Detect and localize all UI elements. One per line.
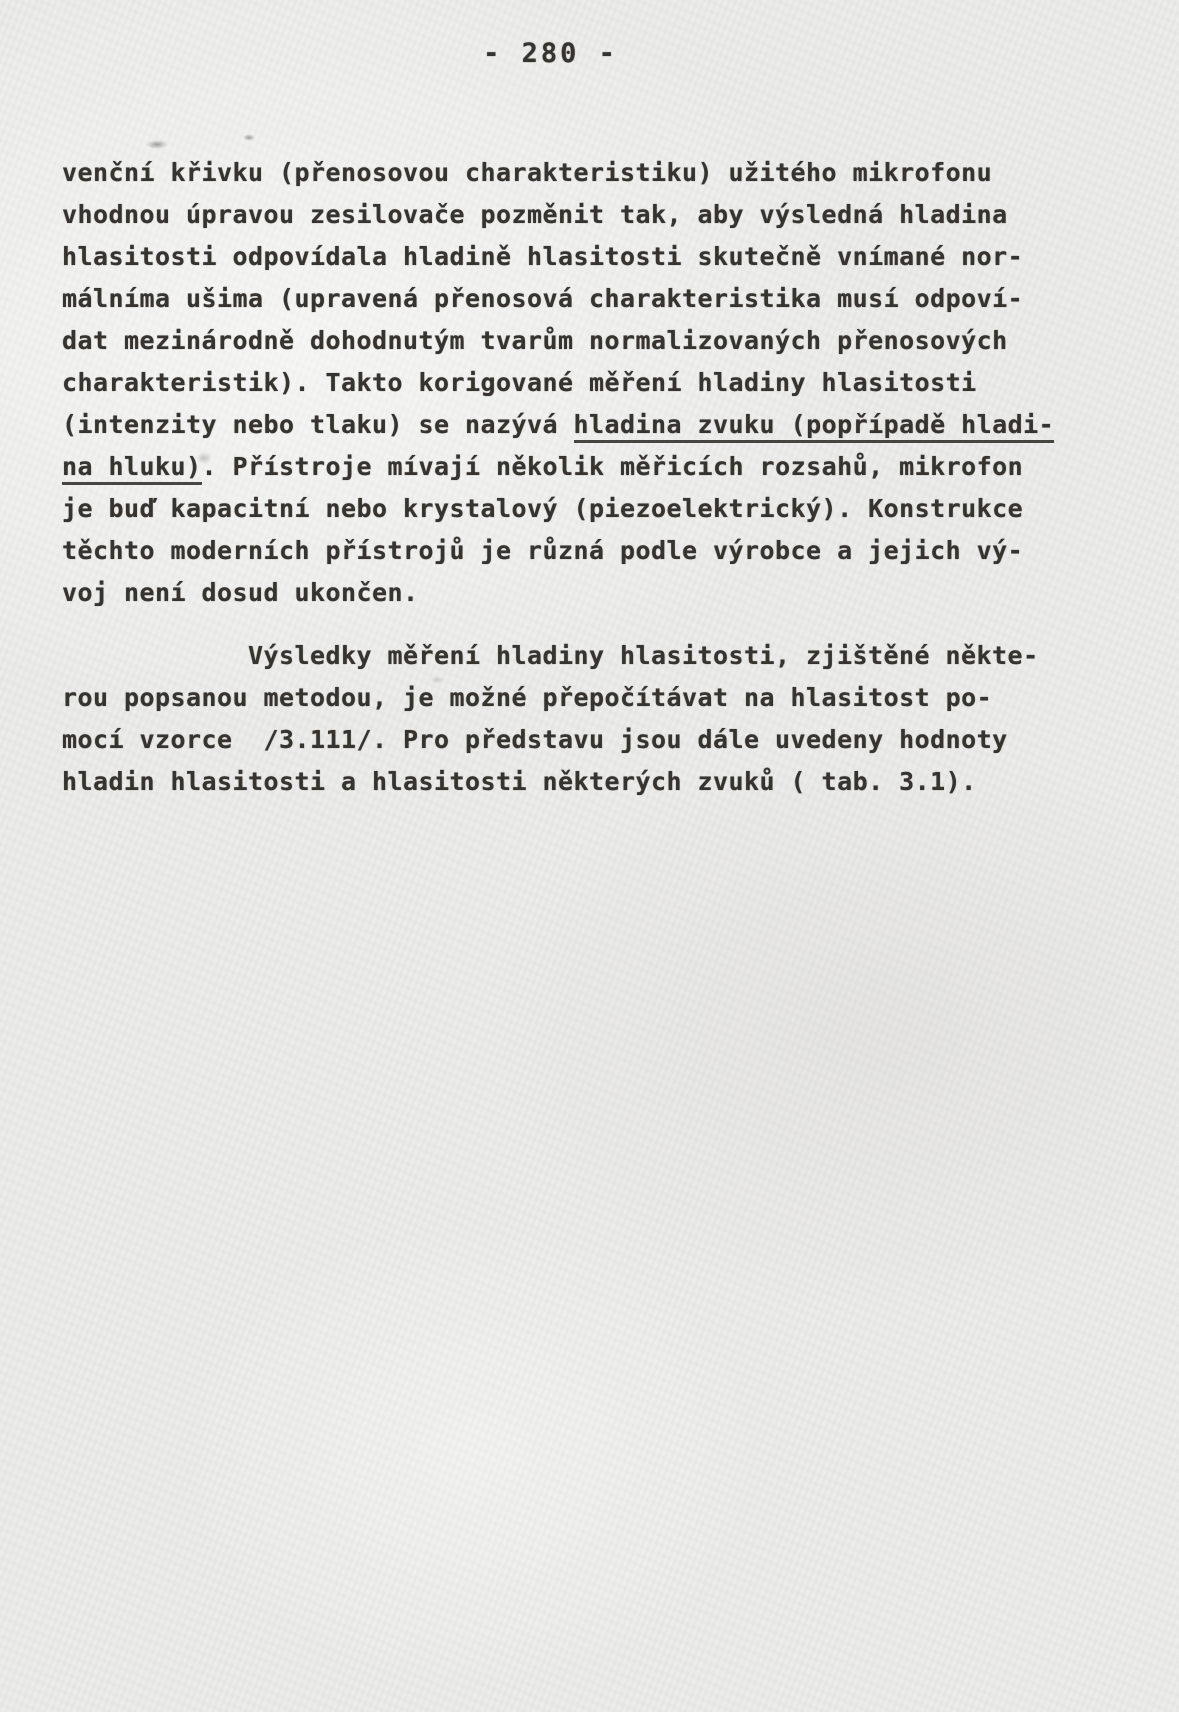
page-number: - 280 -: [0, 38, 1140, 69]
text-line: hlasitosti odpovídala hladině hlasitosti…: [62, 236, 1052, 278]
typewritten-text-block: venční křivku (přenosovou charakteristik…: [62, 152, 1052, 803]
text-line: voj není dosud ukončen.: [62, 572, 1052, 614]
text-segment: dat mezinárodně dohodnutým tvarům normal…: [62, 326, 1008, 355]
text-segment: hladin hlasitosti a hlasitosti některých…: [62, 767, 977, 796]
text-line: dat mezinárodně dohodnutým tvarům normal…: [62, 320, 1052, 362]
text-segment: charakteristik). Takto korigované měření…: [62, 368, 977, 397]
paper-speck: [430, 676, 444, 684]
text-line: těchto moderních přístrojů je různá podl…: [62, 530, 1052, 572]
text-segment: Výsledky měření hladiny hlasitosti, zjiš…: [248, 641, 1039, 670]
text-line: Výsledky měření hladiny hlasitosti, zjiš…: [62, 635, 1052, 677]
text-line: málníma ušima (upravená přenosová charak…: [62, 278, 1052, 320]
underlined-term: na hluku): [62, 452, 202, 485]
text-segment: je buď kapacitní nebo krystalový (piezoe…: [62, 494, 1023, 523]
text-line: mocí vzorce /3.111/. Pro představu jsou …: [62, 719, 1052, 761]
paper-speck: [146, 140, 168, 149]
text-line: venční křivku (přenosovou charakteristik…: [62, 152, 1052, 194]
text-segment: venční křivku (přenosovou charakteristik…: [62, 158, 992, 187]
paragraph: venční křivku (přenosovou charakteristik…: [62, 152, 1052, 614]
text-segment: vhodnou úpravou zesilovače pozměnit tak,…: [62, 200, 1008, 229]
text-segment: hlasitosti odpovídala hladině hlasitosti…: [62, 242, 1023, 271]
text-line: hladin hlasitosti a hlasitosti některých…: [62, 761, 1052, 803]
underlined-term: hladina zvuku (popřípadě hladi-: [574, 410, 1055, 443]
text-line: (intenzity nebo tlaku) se nazývá hladina…: [62, 404, 1052, 446]
text-line: rou popsanou metodou, je možné přepočítá…: [62, 677, 1052, 719]
text-segment: mocí vzorce /3.111/. Pro představu jsou …: [62, 725, 1008, 754]
text-segment: (intenzity nebo tlaku) se nazývá: [62, 410, 574, 439]
paragraph: Výsledky měření hladiny hlasitosti, zjiš…: [62, 635, 1052, 803]
paper-speck: [243, 134, 255, 141]
text-line: charakteristik). Takto korigované měření…: [62, 362, 1052, 404]
text-segment: těchto moderních přístrojů je různá podl…: [62, 536, 1023, 565]
text-segment: rou popsanou metodou, je možné přepočítá…: [62, 683, 992, 712]
text-segment: málníma ušima (upravená přenosová charak…: [62, 284, 1023, 313]
text-segment: voj není dosud ukončen.: [62, 578, 419, 607]
text-line: na hluku). Přístroje mívají několik měři…: [62, 446, 1052, 488]
text-line: vhodnou úpravou zesilovače pozměnit tak,…: [62, 194, 1052, 236]
text-segment: . Přístroje mívají několik měřicích rozs…: [202, 452, 1024, 481]
text-line: je buď kapacitní nebo krystalový (piezoe…: [62, 488, 1052, 530]
paper-speck: [196, 452, 212, 464]
